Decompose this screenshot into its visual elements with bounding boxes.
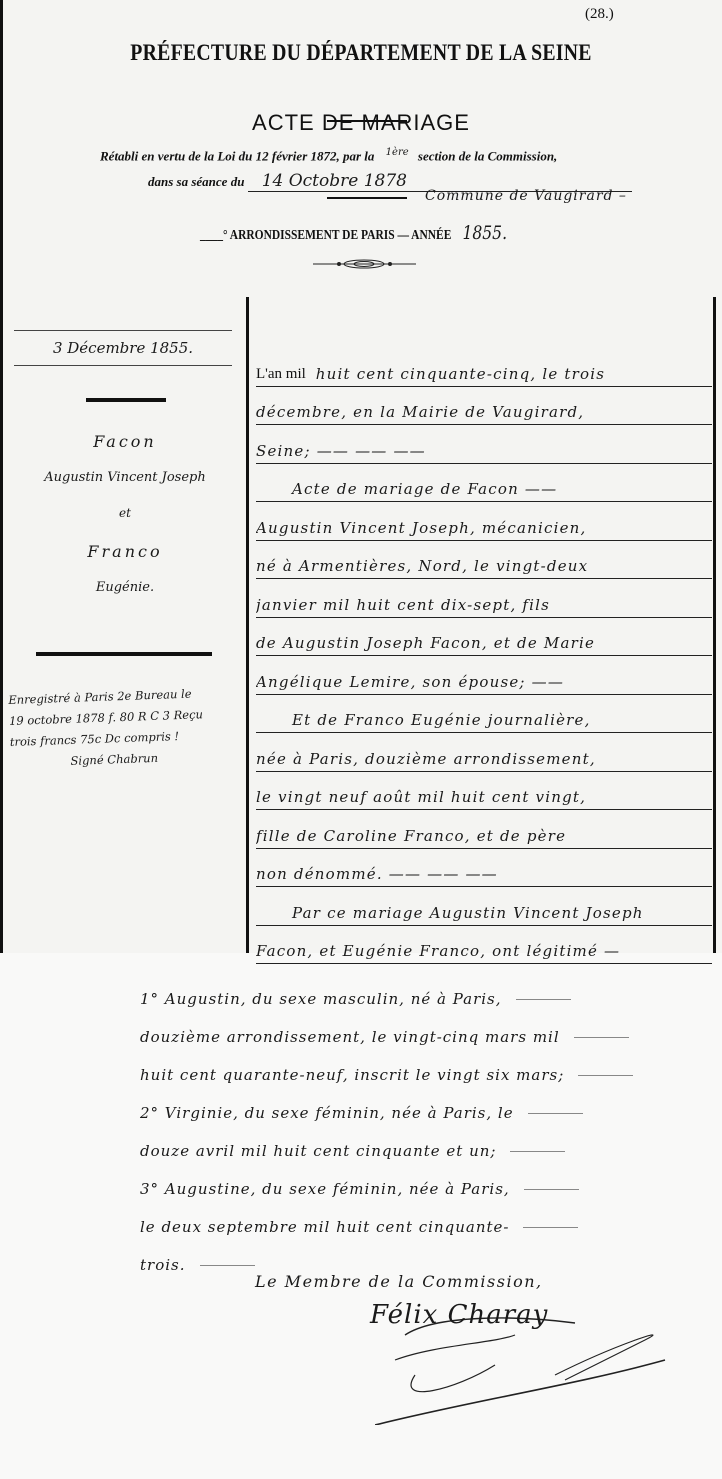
filler-dash — [574, 1037, 629, 1038]
margin-date: 3 Décembre 1855. — [14, 330, 232, 366]
handwritten-text: huit cent cinquante-cinq, le trois — [316, 365, 605, 383]
filler-dash — [528, 1113, 583, 1114]
column-border-right — [713, 297, 716, 953]
arrondissement-label: ARRONDISSEMENT DE PARIS — ANNÉE — [230, 228, 452, 243]
handwritten-text: Par ce mariage Augustin Vincent Joseph — [292, 904, 644, 922]
child-line: douzième arrondissement, le vingt-cinq m… — [140, 1008, 700, 1046]
act-line: de Augustin Joseph Facon, et de Marie — [256, 618, 712, 657]
handwritten-text: le deux septembre mil huit cent cinquant… — [140, 1218, 509, 1236]
child-line: trois. — [140, 1236, 700, 1274]
handwritten-text: née à Paris, douzième arrondissement, — [256, 750, 596, 768]
handwritten-text: Angélique Lemire, son épouse; —— — [256, 673, 564, 691]
handwritten-text: douzième arrondissement, le vingt-cinq m… — [140, 1028, 560, 1046]
handwritten-text: fille de Caroline Franco, et de père — [256, 827, 566, 845]
handwritten-text: Facon, et Eugénie Franco, ont légitimé — — [256, 942, 620, 960]
groom-surname: Facon — [10, 432, 240, 451]
handwritten-text: trois. — [140, 1256, 186, 1274]
act-body: L'an milhuit cent cinquante-cinq, le tro… — [256, 348, 712, 964]
filler-dash — [200, 1265, 255, 1266]
seance-label: dans sa séance du — [148, 174, 244, 189]
handwritten-text: 3° Augustine, du sexe féminin, née à Par… — [140, 1180, 510, 1198]
handwritten-text: douze avril mil huit cent cinquante et u… — [140, 1142, 496, 1160]
conjunction: et — [10, 506, 240, 520]
printed-text: L'an mil — [256, 366, 306, 383]
page-edge — [0, 0, 3, 953]
filler-dash — [510, 1151, 565, 1152]
act-line: le vingt neuf août mil huit cent vingt, — [256, 772, 712, 811]
section-number: 1ère — [386, 147, 409, 158]
filler-dash — [516, 999, 571, 1000]
commune: Commune de Vaugirard – — [425, 188, 627, 204]
handwritten-text: non dénommé. —— —— —— — [256, 865, 498, 883]
filler-dash — [578, 1075, 633, 1076]
act-line: née à Paris, douzième arrondissement, — [256, 733, 712, 772]
arrondissement-line: ____° ARRONDISSEMENT DE PARIS — ANNÉE 18… — [200, 222, 507, 244]
annee: 1855. — [462, 222, 507, 244]
groom-given-names: Augustin Vincent Joseph — [10, 470, 240, 485]
act-line: décembre, en la Mairie de Vaugirard, — [256, 387, 712, 426]
registration-note: Enregistré à Paris 2e Bureau le 19 octob… — [8, 682, 241, 774]
act-line: L'an milhuit cent cinquante-cinq, le tro… — [256, 348, 712, 387]
arrondissement-number: ____° — [200, 228, 228, 243]
act-line: Facon, et Eugénie Franco, ont légitimé — — [256, 926, 712, 965]
prefecture-heading: PRÉFECTURE DU DÉPARTEMENT DE LA SEINE — [51, 40, 672, 66]
act-line: non dénommé. —— —— —— — [256, 849, 712, 888]
act-line: janvier mil huit cent dix-sept, fils — [256, 579, 712, 618]
handwritten-text: janvier mil huit cent dix-sept, fils — [256, 596, 550, 614]
filler-dash — [524, 1189, 579, 1190]
child-line: douze avril mil huit cent cinquante et u… — [140, 1122, 700, 1160]
handwritten-text: le vingt neuf août mil huit cent vingt, — [256, 788, 586, 806]
act-line: Augustin Vincent Joseph, mécanicien, — [256, 502, 712, 541]
retabli-suffix: section de la Commission, — [418, 148, 557, 163]
column-divider — [246, 297, 249, 953]
margin-divider — [86, 398, 166, 402]
act-line: Seine; —— —— —— — [256, 425, 712, 464]
child-line: 1° Augustin, du sexe masculin, né à Pari… — [140, 970, 700, 1008]
bride-surname: Franco — [10, 542, 240, 561]
divider — [327, 197, 407, 199]
page-number: (28.) — [585, 6, 614, 23]
child-line: huit cent quarante-neuf, inscrit le ving… — [140, 1046, 700, 1084]
handwritten-text: Seine; —— —— —— — [256, 442, 426, 460]
act-line: Angélique Lemire, son épouse; —— — [256, 656, 712, 695]
margin-divider — [36, 652, 212, 656]
handwritten-text: 1° Augustin, du sexe masculin, né à Pari… — [140, 990, 502, 1008]
handwritten-text: décembre, en la Mairie de Vaugirard, — [256, 403, 584, 421]
act-line: fille de Caroline Franco, et de père — [256, 810, 712, 849]
act-line: Acte de mariage de Facon —— — [256, 464, 712, 503]
handwritten-text: de Augustin Joseph Facon, et de Marie — [256, 634, 595, 652]
signature: Félix Charay — [370, 1300, 548, 1330]
act-line: Et de Franco Eugénie journalière, — [256, 695, 712, 734]
handwritten-text: huit cent quarante-neuf, inscrit le ving… — [140, 1066, 564, 1084]
handwritten-text: Et de Franco Eugénie journalière, — [292, 711, 591, 729]
bride-given-name: Eugénie. — [10, 580, 240, 595]
legitimated-children: 1° Augustin, du sexe masculin, né à Pari… — [140, 970, 700, 1274]
filler-dash — [523, 1227, 578, 1228]
handwritten-text: Acte de mariage de Facon —— — [292, 480, 557, 498]
child-line: 3° Augustine, du sexe féminin, née à Par… — [140, 1160, 700, 1198]
act-line: Par ce mariage Augustin Vincent Joseph — [256, 887, 712, 926]
handwritten-text: 2° Virginie, du sexe féminin, née à Pari… — [140, 1104, 514, 1122]
child-line: le deux septembre mil huit cent cinquant… — [140, 1198, 700, 1236]
document-title: ACTE DE MARIAGE — [0, 110, 722, 136]
retabli-line: Rétabli en vertu de la Loi du 12 février… — [100, 147, 557, 164]
retabli-text: Rétabli en vertu de la Loi du 12 février… — [100, 148, 374, 163]
handwritten-text: Augustin Vincent Joseph, mécanicien, — [256, 519, 587, 537]
handwritten-text: né à Armentières, Nord, le vingt-deux — [256, 557, 588, 575]
act-line: né à Armentières, Nord, le vingt-deux — [256, 541, 712, 580]
ornament-icon — [313, 257, 416, 271]
commission-member-label: Le Membre de la Commission, — [255, 1272, 543, 1291]
child-line: 2° Virginie, du sexe féminin, née à Pari… — [140, 1084, 700, 1122]
